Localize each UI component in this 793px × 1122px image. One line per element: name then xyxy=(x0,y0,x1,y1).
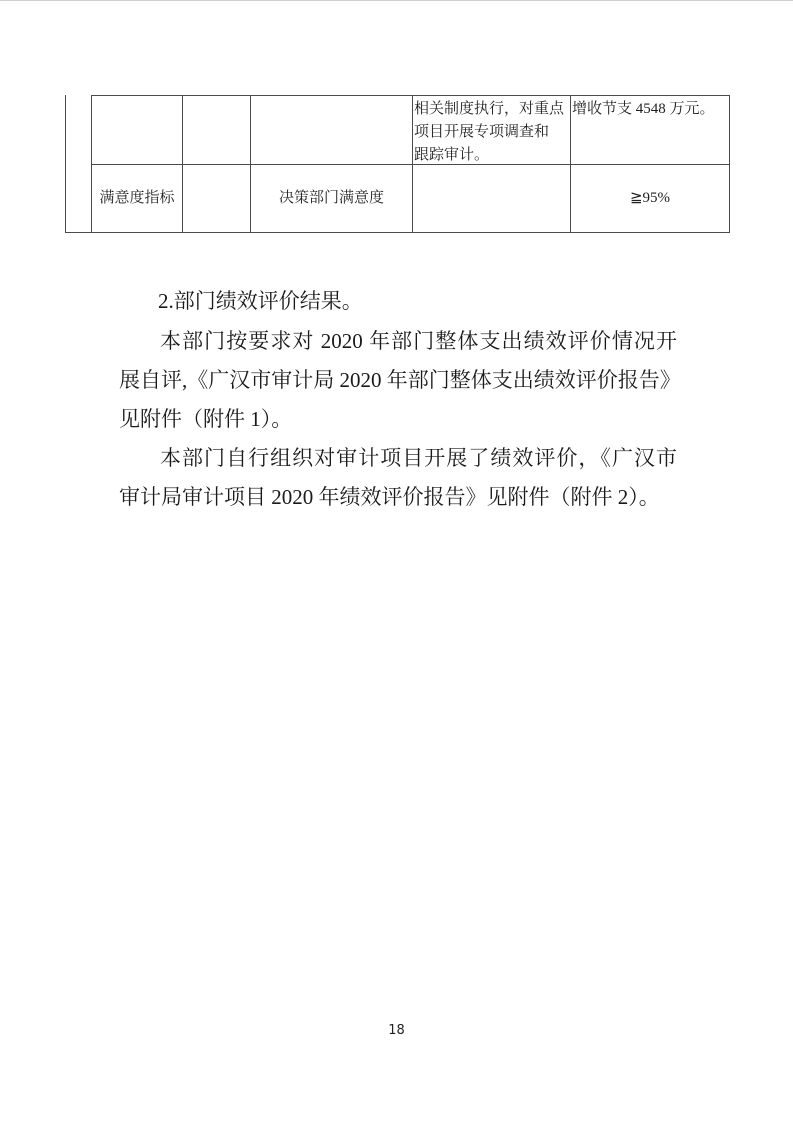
table-border-line xyxy=(91,95,730,96)
table-border-line xyxy=(65,95,66,233)
document-page: 相关制度执行，对重点 项目开展专项调查和 跟踪审计。 增收节支 4548 万元。… xyxy=(0,0,793,1122)
section-heading: 2.部门绩效评价结果。 xyxy=(119,289,677,313)
paragraph2-line2: 审计局审计项目 2020 年绩效评价报告》见附件（附件 2）。 xyxy=(119,485,677,509)
table-cell-indicator-name: 决策部门满意度 xyxy=(251,165,412,232)
table-cell-target-value: 增收节支 4548 万元。 xyxy=(572,98,728,121)
page-number: 18 xyxy=(0,1023,793,1038)
table-cell-measure-method: 相关制度执行，对重点 项目开展专项调查和 跟踪审计。 xyxy=(414,98,569,167)
table-cell-line: 跟踪审计。 xyxy=(414,144,569,167)
page-top-edge xyxy=(0,0,793,1)
paragraph1-line3: 见附件（附件 1）。 xyxy=(119,407,677,431)
table-cell-indicator-category: 满意度指标 xyxy=(92,165,182,232)
paragraph2-line1: 本部门自行组织对审计项目开展了绩效评价，《广汉市 xyxy=(119,446,677,470)
performance-indicator-table: 相关制度执行，对重点 项目开展专项调查和 跟踪审计。 增收节支 4548 万元。… xyxy=(65,95,730,233)
table-cell-satisfaction-target: ≧95% xyxy=(571,165,729,232)
paragraph1-line1: 本部门按要求对 2020 年部门整体支出绩效评价情况开 xyxy=(119,329,677,353)
table-border-line xyxy=(65,232,730,233)
table-cell-line: 相关制度执行，对重点 xyxy=(414,98,569,121)
table-cell-line: 项目开展专项调查和 xyxy=(414,121,569,144)
paragraph1-line2: 展自评,《广汉市审计局 2020 年部门整体支出绩效评价报告》 xyxy=(119,368,677,392)
